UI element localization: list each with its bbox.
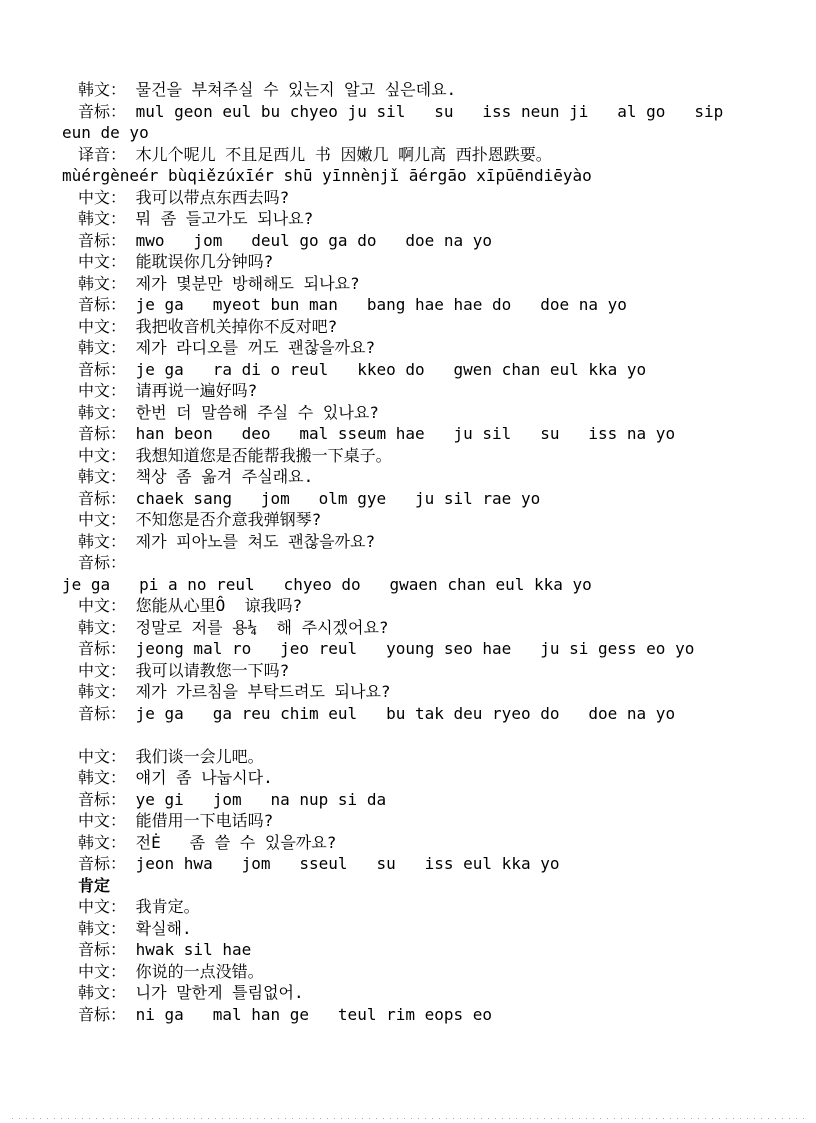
text-line: 中文： 我可以请教您一下吗? [62, 660, 786, 682]
text-line: 中文： 请再说一遍好吗? [62, 380, 786, 402]
text-line: 中文： 我可以带点东西去吗? [62, 187, 786, 209]
text-line: 音标： jeon hwa jom sseul su iss eul kka yo [62, 853, 786, 875]
document-page: 韩文： 물건을 부쳐주실 수 있는지 알고 싶은데요.音标： mul geon … [0, 0, 816, 1123]
text-line: 音标： ye gi jom na nup si da [62, 789, 786, 811]
text-line: 中文： 您能从心里Ô 谅我吗? [62, 595, 786, 617]
text-line: 音标： ni ga mal han ge teul rim eops eo [62, 1004, 786, 1026]
text-line: 韩文： 물건을 부쳐주실 수 있는지 알고 싶은데요. [62, 79, 786, 101]
text-line: 韩文： 제가 피아노를 쳐도 괜찮을까요? [62, 531, 786, 553]
text-line: 韩文： 제가 몇분만 방해해도 되나요? [62, 273, 786, 295]
text-line: 音标： je ga ga reu chim eul bu tak deu rye… [62, 703, 786, 725]
text-line: 韩文： 전Ė 좀 쓸 수 있을까요? [62, 832, 786, 854]
text-line: 中文： 能耽误你几分钟吗? [62, 251, 786, 273]
text-line: 韩文： 정말로 저를 용¼ 해 주시겠어요? [62, 617, 786, 639]
text-line: 韩文： 제가 가르침을 부탁드려도 되나요? [62, 681, 786, 703]
text-line: 音标： [62, 552, 786, 574]
document-body: 韩文： 물건을 부쳐주실 수 있는지 알고 싶은데요.音标： mul geon … [62, 79, 786, 1025]
text-line: 音标： mul geon eul bu chyeo ju sil su iss … [62, 101, 786, 123]
text-line: 韩文： 확실해. [62, 918, 786, 940]
text-line: 中文： 我们谈一会儿吧。 [62, 746, 786, 768]
text-line: 中文： 能借用一下电话吗? [62, 810, 786, 832]
page-break-dotted-line [12, 1117, 804, 1119]
text-line: eun de yo [62, 122, 786, 144]
section-heading: 肯定 [62, 875, 786, 897]
text-line: 中文： 我把收音机关掉你不反对吧? [62, 316, 786, 338]
text-line: 韩文： 한번 더 말씀해 주실 수 있나요? [62, 402, 786, 424]
text-line: 音标： hwak sil hae [62, 939, 786, 961]
text-line: je ga pi a no reul chyeo do gwaen chan e… [62, 574, 786, 596]
text-line: 韩文： 뭐 좀 들고가도 되나요? [62, 208, 786, 230]
text-line: 中文： 我肯定。 [62, 896, 786, 918]
text-line: 音标： je ga ra di o reul kkeo do gwen chan… [62, 359, 786, 381]
text-line: 韩文： 얘기 좀 나눕시다. [62, 767, 786, 789]
text-line: 中文： 你说的一点没错。 [62, 961, 786, 983]
text-line: 音标： chaek sang jom olm gye ju sil rae yo [62, 488, 786, 510]
text-line: 译音： 木儿个呢儿 不且足西儿 书 因嫩几 啊儿高 西扑恩跌要。 [62, 144, 786, 166]
text-line: 中文： 我想知道您是否能帮我搬一下桌子。 [62, 445, 786, 467]
text-line: 音标： je ga myeot bun man bang hae hae do … [62, 294, 786, 316]
text-line: 音标： han beon deo mal sseum hae ju sil su… [62, 423, 786, 445]
text-line: 音标： mwo jom deul go ga do doe na yo [62, 230, 786, 252]
text-line: 音标： jeong mal ro jeo reul young seo hae … [62, 638, 786, 660]
blank-line [62, 724, 786, 746]
text-line: 中文： 不知您是否介意我弹钢琴? [62, 509, 786, 531]
text-line: 韩文： 니가 말한게 틀림없어. [62, 982, 786, 1004]
text-line: 韩文： 제가 라디오를 꺼도 괜찮을까요? [62, 337, 786, 359]
text-line: mùérgèneér bùqiězúxīér shū yīnnènjǐ āérg… [62, 165, 786, 187]
text-line: 韩文： 책상 좀 옮겨 주실래요. [62, 466, 786, 488]
